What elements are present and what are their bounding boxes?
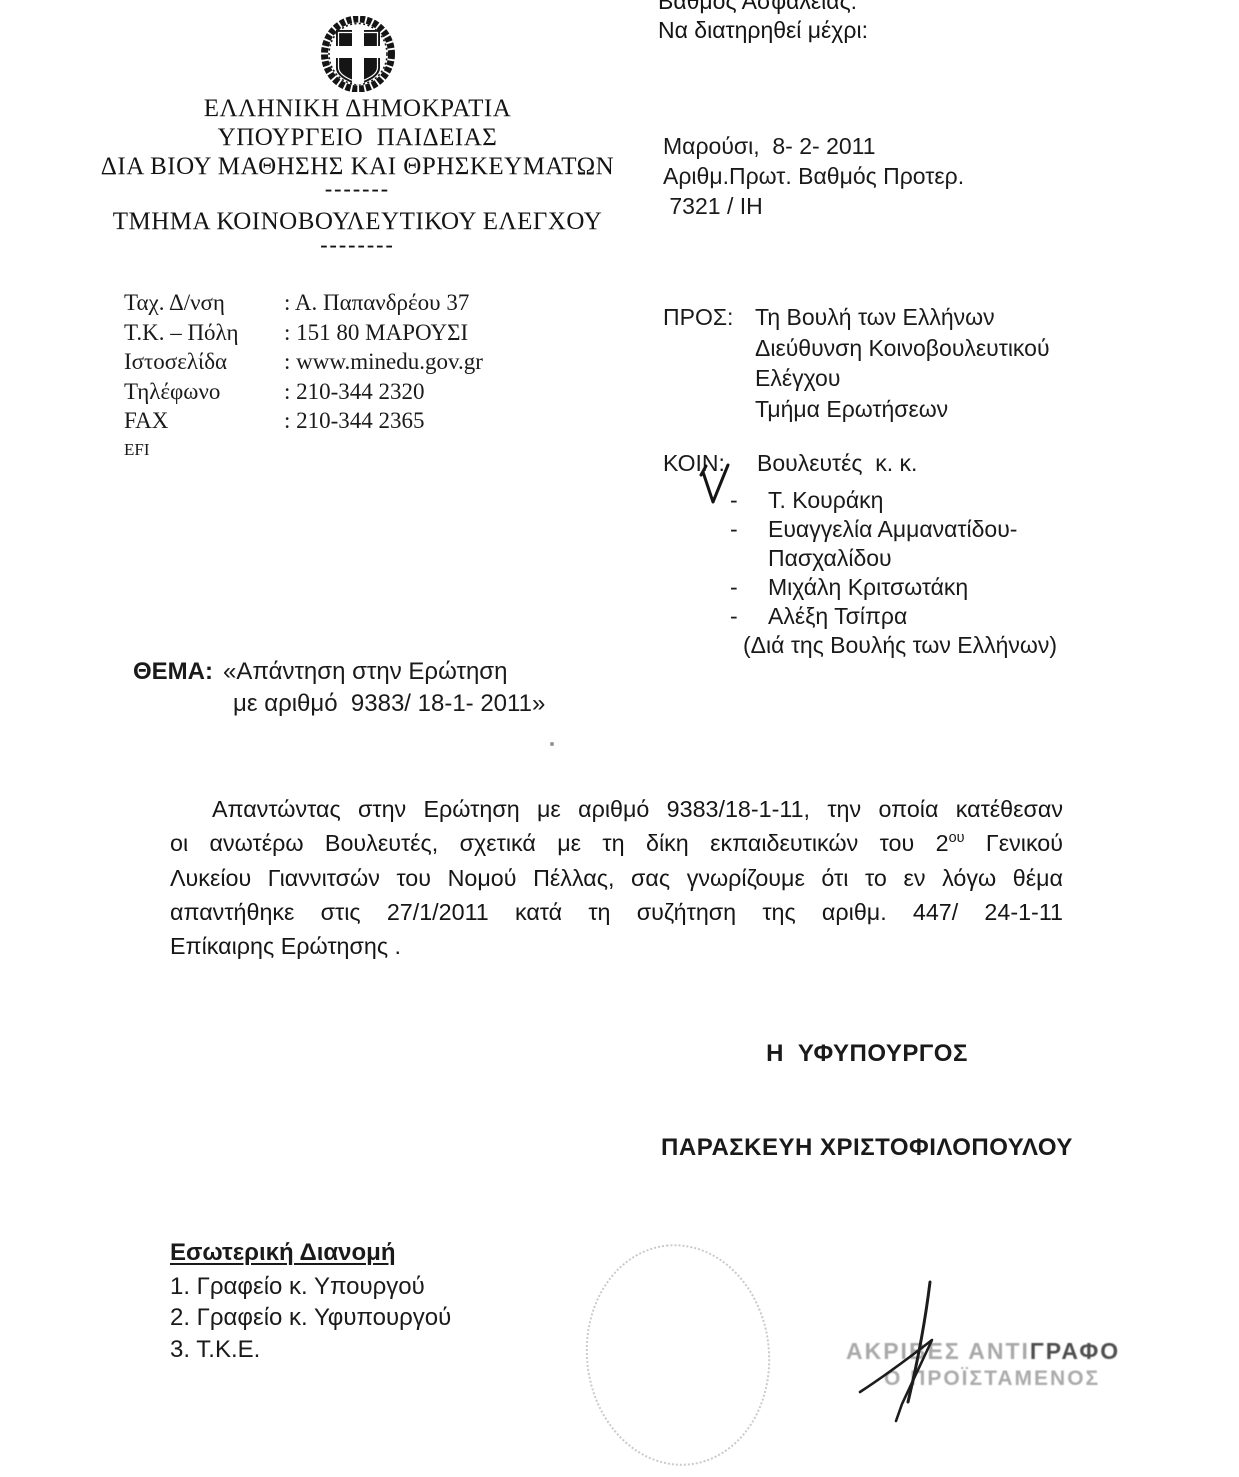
contact-value: : www.minedu.gov.gr	[284, 347, 483, 377]
protocol-number: 7321 / ΙΗ	[663, 191, 964, 221]
greek-coat-of-arms-icon	[321, 16, 395, 92]
cc-note: (Διά της Βουλής των Ελλήνων)	[743, 631, 1057, 660]
subject-block: ΘΕΜΑ: «Απάντηση στην Ερώτηση με αριθμό 9…	[133, 656, 545, 720]
cc-name: Πασχαλίδου	[768, 544, 892, 573]
cc-name: Τ. Κουράκη	[768, 486, 883, 515]
contact-value: : 210-344 2320	[284, 377, 483, 407]
signature-block: Η ΥΦΥΠΟΥΡΓΟΣ ΠΑΡΑΣΚΕΥΗ ΧΡΙΣΤΟΦΙΛΟΠΟΥΛΟΥ	[648, 1040, 1086, 1162]
ministry-title-line1: ΥΠΟΥΡΓΕΙΟ ΠΑΙΔΕΙΑΣ	[95, 123, 620, 152]
contact-row-website: Ιστοσελίδα : www.minedu.gov.gr	[124, 347, 483, 377]
contact-row-postcode: Τ.Κ. – Πόλη : 151 80 ΜΑΡΟΥΣΙ	[124, 318, 483, 348]
contact-value: : 151 80 ΜΑΡΟΥΣΙ	[284, 318, 483, 348]
to-line: Τμήμα Ερωτήσεων	[755, 394, 1050, 425]
contact-row-fax: FAX : 210-344 2365	[124, 406, 483, 436]
cc-heading: Βουλευτές κ. κ.	[757, 449, 917, 478]
separator-dashes: --------	[95, 237, 620, 253]
dash-bullet: -	[730, 602, 768, 631]
security-block: Βαθμός Ασφαλείας: Να διατηρηθεί μέχρι:	[658, 0, 868, 45]
contact-label: Τηλέφωνο	[124, 377, 284, 407]
contact-row-phone: Τηλέφωνο : 210-344 2320	[124, 377, 483, 407]
dash-bullet: -	[730, 573, 768, 602]
recipient-block: ΠΡΟΣ: Τη Βουλή των Ελλήνων Διεύθυνση Κοι…	[663, 302, 1050, 424]
distribution-item: 1. Γραφείο κ. Υπουργού	[170, 1271, 451, 1303]
distribution-block: Εσωτερική Διανομή 1. Γραφείο κ. Υπουργού…	[170, 1237, 451, 1365]
cc-list-item: - Ευαγγελία Αμμανατίδου-	[730, 515, 1057, 544]
city-date: Μαρούσι, 8- 2- 2011	[663, 131, 964, 161]
body-line: οι ανωτέρω Βουλευτές, σχετικά με τη δίκη…	[170, 826, 1063, 860]
cc-list-item: - Μιχάλη Κριτσωτάκη	[730, 573, 1057, 602]
stamp-line1-dark: ΓΡΑΦΟ	[1030, 1338, 1120, 1364]
retain-until-label: Να διατηρηθεί μέχρι:	[658, 16, 868, 45]
signer-name: ΠΑΡΑΣΚΕΥΗ ΧΡΙΣΤΟΦΙΛΟΠΟΥΛΟΥ	[648, 1134, 1086, 1162]
body-line2-post: Γενικού	[965, 830, 1064, 856]
security-grade-label: Βαθμός Ασφαλείας:	[658, 0, 868, 16]
contact-label: Ταχ. Δ/νση	[124, 288, 284, 318]
to-line: Τη Βουλή των Ελλήνων	[755, 302, 1050, 333]
contact-label: FAX	[124, 406, 284, 436]
subject-row: ΘΕΜΑ: «Απάντηση στην Ερώτηση	[133, 656, 545, 688]
scanned-letter-page: { "ink_color": "#1a1a1a", "stamp_colors"…	[0, 0, 1239, 1477]
protocol-label: Αριθμ.Πρωτ. Βαθμός Προτερ.	[663, 161, 964, 191]
body-line: Λυκείου Γιαννιτσών του Νομού Πέλλας, σας…	[170, 861, 1063, 895]
republic-title: ΕΛΛΗΝΙΚΗ ΔΗΜΟΚΡΑΤΙΑ	[95, 94, 620, 123]
distribution-item: 2. Γραφείο κ. Υφυπουργού	[170, 1302, 451, 1334]
to-line: Διεύθυνση Κοινοβουλευτικού	[755, 333, 1050, 364]
cc-list-item: - Τ. Κουράκη	[730, 486, 1057, 515]
cc-name: Μιχάλη Κριτσωτάκη	[768, 573, 968, 602]
cc-list: - Τ. Κουράκη - Ευαγγελία Αμμανατίδου- Πα…	[730, 486, 1057, 631]
cc-name: Ευαγγελία Αμμανατίδου-	[768, 515, 1017, 544]
contact-value: : Α. Παπανδρέου 37	[284, 288, 483, 318]
body-line: Απαντώντας στην Ερώτηση με αριθμό 9383/1…	[170, 792, 1063, 826]
to-label: ΠΡΟΣ:	[663, 302, 755, 424]
superscript-ordinal: ου	[949, 831, 965, 847]
contact-label: Τ.Κ. – Πόλη	[124, 318, 284, 348]
handwritten-check-icon	[698, 462, 732, 506]
body-line: Επίκαιρης Ερώτησης .	[170, 929, 1063, 963]
distribution-item: 3. Τ.Κ.Ε.	[170, 1334, 451, 1366]
distribution-heading: Εσωτερική Διανομή	[170, 1237, 451, 1269]
contact-label: Ιστοσελίδα	[124, 347, 284, 377]
subject-label: ΘΕΜΑ:	[133, 656, 213, 688]
contact-row-address: Ταχ. Δ/νση : Α. Παπανδρέου 37	[124, 288, 483, 318]
signer-title: Η ΥΦΥΠΟΥΡΓΟΣ	[648, 1040, 1086, 1068]
subject-text-line1: «Απάντηση στην Ερώτηση	[223, 656, 507, 688]
scan-artifact-dot	[550, 742, 554, 746]
clerk-initials: EFI	[124, 438, 483, 462]
body-line2-pre: οι ανωτέρω Βουλευτές, σχετικά με τη δίκη…	[170, 830, 949, 856]
to-line: Ελέγχου	[755, 363, 1050, 394]
cc-list-item-continuation: Πασχαλίδου	[730, 544, 1057, 573]
letterhead: ΕΛΛΗΝΙΚΗ ΔΗΜΟΚΡΑΤΙΑ ΥΠΟΥΡΓΕΙΟ ΠΑΙΔΕΙΑΣ Δ…	[95, 16, 620, 253]
to-lines: Τη Βουλή των Ελλήνων Διεύθυνση Κοινοβουλ…	[755, 302, 1050, 424]
body-line: απαντήθηκε στις 27/1/2011 κατά τη συζήτη…	[170, 895, 1063, 929]
contact-value: : 210-344 2365	[284, 406, 483, 436]
stamp-circle-outline	[575, 1235, 781, 1475]
subject-text-line2: με αριθμό 9383/ 18-1- 2011»	[233, 688, 545, 720]
cc-list-item: - Αλέξη Τσίπρα	[730, 602, 1057, 631]
reference-block: Μαρούσι, 8- 2- 2011 Αριθμ.Πρωτ. Βαθμός Π…	[663, 131, 964, 221]
dash-bullet: -	[730, 486, 768, 515]
pen-signature-icon	[846, 1280, 961, 1425]
body-paragraph: Απαντώντας στην Ερώτηση με αριθμό 9383/1…	[170, 792, 1063, 963]
cc-name: Αλέξη Τσίπρα	[768, 602, 907, 631]
dash-bullet: -	[730, 515, 768, 544]
contact-block: Ταχ. Δ/νση : Α. Παπανδρέου 37 Τ.Κ. – Πόλ…	[124, 288, 483, 462]
separator-dashes: -------	[95, 181, 620, 197]
dash-bullet	[730, 544, 768, 573]
